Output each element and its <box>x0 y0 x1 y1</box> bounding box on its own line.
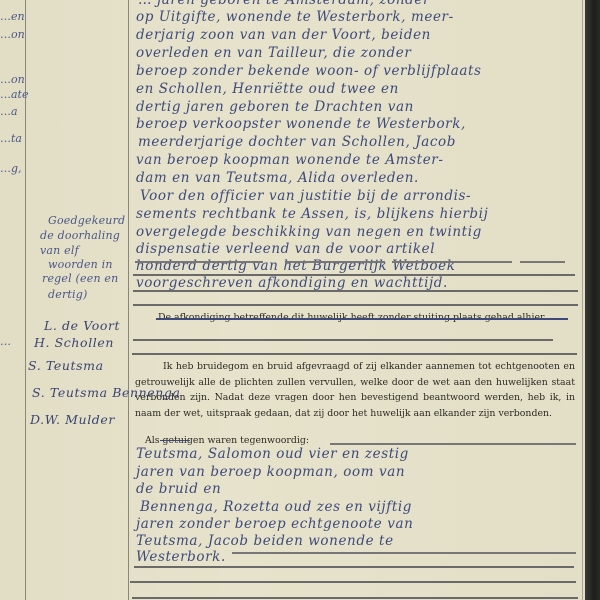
left-fragment: …on <box>0 73 25 86</box>
signature: L. de Voort <box>44 318 120 333</box>
fill-dash <box>392 261 512 263</box>
witness-line: de bruid en <box>136 481 221 497</box>
margin-note-line: regel (een en <box>42 272 118 285</box>
handwritten-line: Voor den officier van justitie bij de ar… <box>140 188 471 204</box>
fill-dash <box>520 261 565 263</box>
witness-line: Westerbork. <box>136 549 226 565</box>
signature: D.W. Mulder <box>30 412 115 427</box>
ruled-line <box>132 597 578 599</box>
handwritten-line: derjarig zoon van van der Voort, beiden <box>136 27 431 43</box>
ruled-line <box>130 581 576 583</box>
margin-note-line: dertig) <box>48 288 87 301</box>
witness-line: Teutsma, Salomon oud vier en zestig <box>136 446 409 462</box>
margin-note-line: Goedgekeurd <box>48 214 125 227</box>
handwritten-line: dam en van Teutsma, Alida overleden. <box>136 170 419 186</box>
signature: S. Teutsma <box>28 358 104 373</box>
handwritten-line: voorgeschreven afkondiging en wachttijd. <box>136 275 448 291</box>
strikethrough-line <box>160 440 190 441</box>
fill-dash <box>232 552 576 554</box>
handwritten-line: van beroep koopman wonende te Amster- <box>136 152 444 168</box>
fill-dash <box>285 261 385 263</box>
margin-note-line: woorden in <box>48 258 113 271</box>
handwritten-line: sements rechtbank te Assen, is, blijkens… <box>136 206 488 222</box>
handwritten-line: dispensatie verleend van de voor artikel <box>136 241 435 257</box>
ruled-line <box>133 339 553 341</box>
left-fragment: …on <box>0 28 25 41</box>
ruled-line <box>132 353 577 355</box>
left-fragment: …en <box>0 10 25 23</box>
witness-line: jaren zonder beroep echtgenoote van <box>136 516 413 532</box>
handwritten-line: overgelegde beschikking van negen en twi… <box>136 224 482 240</box>
ruled-line <box>134 566 574 568</box>
signature: H. Schollen <box>34 335 114 350</box>
margin-note-line: de doorhaling <box>40 229 120 242</box>
handwritten-line: en Schollen, Henriëtte oud twee en <box>136 81 399 97</box>
left-fragment: …a <box>0 105 18 118</box>
left-fragment: …ta <box>0 132 22 145</box>
left-fragment: …g, <box>0 162 22 175</box>
handwritten-line: meerderjarige dochter van Schollen, Jaco… <box>138 134 456 150</box>
handwritten-line: overleden en van Tailleur, die zonder <box>136 45 411 61</box>
printed-declaration: Ik heb bruidegom en bruid afgevraagd of … <box>135 359 575 421</box>
fill-dash <box>135 261 263 263</box>
page-edge-line <box>582 0 583 600</box>
strikethrough-line <box>156 318 568 320</box>
handwritten-line: op Uitgifte, wonende te Westerbork, meer… <box>136 9 454 25</box>
ruled-line <box>133 304 578 306</box>
left-fragment: …ate <box>0 88 29 101</box>
witness-line: jaren van beroep koopman, oom van <box>136 464 405 480</box>
scanner-edge <box>585 0 600 600</box>
handwritten-line: … jaren geboren te Amsterdam, zonder <box>138 0 430 8</box>
ruled-line <box>133 290 578 292</box>
left-fragment: … <box>0 335 11 348</box>
handwritten-line: beroep verkoopster wonende te Westerbork… <box>136 116 466 132</box>
signature: S. Teutsma Bennenga <box>32 385 181 400</box>
handwritten-line: dertig jaren geboren te Drachten van <box>136 99 414 115</box>
witness-line: Bennenga, Rozetta oud zes en vijftig <box>140 499 412 515</box>
ruled-line <box>133 274 575 276</box>
column-divider-margin <box>128 0 129 600</box>
handwritten-line: beroep zonder bekende woon- of verblijfp… <box>136 63 482 79</box>
fill-dash <box>330 443 576 445</box>
witness-line: Teutsma, Jacob beiden wonende te <box>136 533 394 549</box>
margin-note-line: van elf <box>40 244 79 257</box>
